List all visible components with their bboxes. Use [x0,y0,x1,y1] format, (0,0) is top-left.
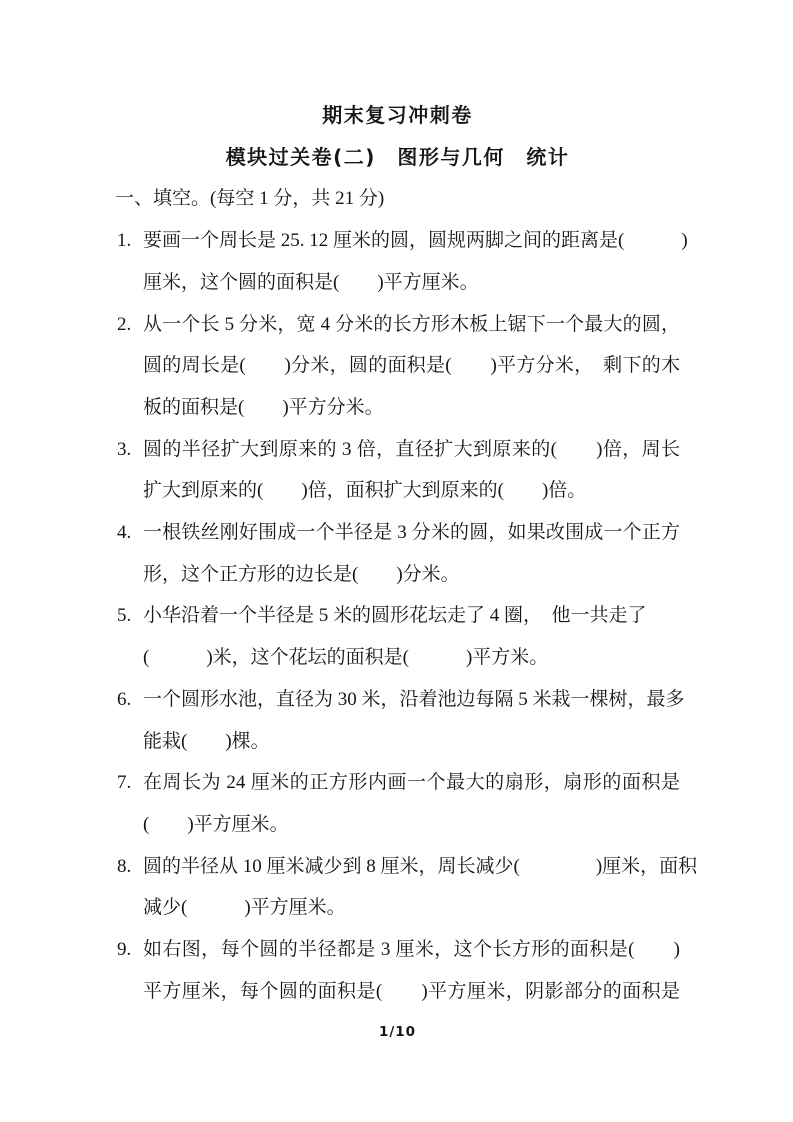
question-item: 6.一个圆形水池，直径为 30 米，沿着池边每隔 5 米栽一棵树，最多能栽( )… [115,679,680,762]
question-number: 2. [117,304,131,346]
question-number: 7. [117,762,131,804]
question-line: 一根铁丝刚好围成一个半径是 3 分米的圆，如果改围成一个正方 [143,512,680,554]
question-number: 9. [117,929,131,971]
question-line: ( )米，这个花坛的面积是( )平方米。 [143,637,680,679]
question-line: 如右图，每个圆的半径都是 3 厘米，这个长方形的面积是( ) [143,929,680,971]
question-item: 3.圆的半径扩大到原来的 3 倍，直径扩大到原来的( )倍，周长扩大到原来的( … [115,429,680,512]
question-line: 圆的半径从 10 厘米减少到 8 厘米，周长减少( )厘米，面积 [143,846,680,888]
section-heading: 一、填空。(每空 1 分，共 21 分) [115,178,680,220]
page-title: 期末复习冲刺卷 [115,95,680,137]
question-line: ( )平方厘米。 [143,804,680,846]
question-line: 要画一个周长是 25. 12 厘米的圆，圆规两脚之间的距离是( ) [143,220,680,262]
question-line: 形，这个正方形的边长是( )分米。 [143,554,680,596]
question-line: 在周长为 24 厘米的正方形内画一个最大的扇形，扇形的面积是 [143,762,680,804]
page-subtitle: 模块过关卷(二) 图形与几何 统计 [115,137,680,179]
question-line: 减少( )平方厘米。 [143,887,680,929]
question-line: 能栽( )棵。 [143,721,680,763]
question-line: 圆的半径扩大到原来的 3 倍，直径扩大到原来的( )倍，周长 [143,429,680,471]
question-item: 1.要画一个周长是 25. 12 厘米的圆，圆规两脚之间的距离是( )厘米，这个… [115,220,680,303]
question-number: 4. [117,512,131,554]
question-number: 3. [117,429,131,471]
question-line: 圆的周长是( )分米，圆的面积是( )平方分米， 剩下的木 [143,345,680,387]
question-item: 2.从一个长 5 分米，宽 4 分米的长方形木板上锯下一个最大的圆，圆的周长是(… [115,304,680,429]
question-item: 7.在周长为 24 厘米的正方形内画一个最大的扇形，扇形的面积是( )平方厘米。 [115,762,680,845]
question-number: 6. [117,679,131,721]
question-number: 5. [117,595,131,637]
question-line: 厘米，这个圆的面积是( )平方厘米。 [143,262,680,304]
question-number: 1. [117,220,131,262]
question-item: 8.圆的半径从 10 厘米减少到 8 厘米，周长减少( )厘米，面积减少( )平… [115,846,680,929]
question-line: 板的面积是( )平方分米。 [143,387,680,429]
question-item: 4.一根铁丝刚好围成一个半径是 3 分米的圆，如果改围成一个正方形，这个正方形的… [115,512,680,595]
questions-list: 1.要画一个周长是 25. 12 厘米的圆，圆规两脚之间的距离是( )厘米，这个… [115,220,680,1012]
question-line: 小华沿着一个半径是 5 米的圆形花坛走了 4 圈， 他一共走了 [143,595,680,637]
page-number: 1/10 [115,1012,680,1054]
question-item: 9.如右图，每个圆的半径都是 3 厘米，这个长方形的面积是( )平方厘米，每个圆… [115,929,680,1012]
question-line: 平方厘米，每个圆的面积是( )平方厘米，阴影部分的面积是 [143,971,680,1013]
exam-document-page: 期末复习冲刺卷 模块过关卷(二) 图形与几何 统计 一、填空。(每空 1 分，共… [0,0,793,1122]
question-number: 8. [117,846,131,888]
question-line: 一个圆形水池，直径为 30 米，沿着池边每隔 5 米栽一棵树，最多 [143,679,680,721]
question-item: 5.小华沿着一个半径是 5 米的圆形花坛走了 4 圈， 他一共走了( )米，这个… [115,595,680,678]
question-line: 扩大到原来的( )倍，面积扩大到原来的( )倍。 [143,470,680,512]
question-line: 从一个长 5 分米，宽 4 分米的长方形木板上锯下一个最大的圆， [143,304,680,346]
